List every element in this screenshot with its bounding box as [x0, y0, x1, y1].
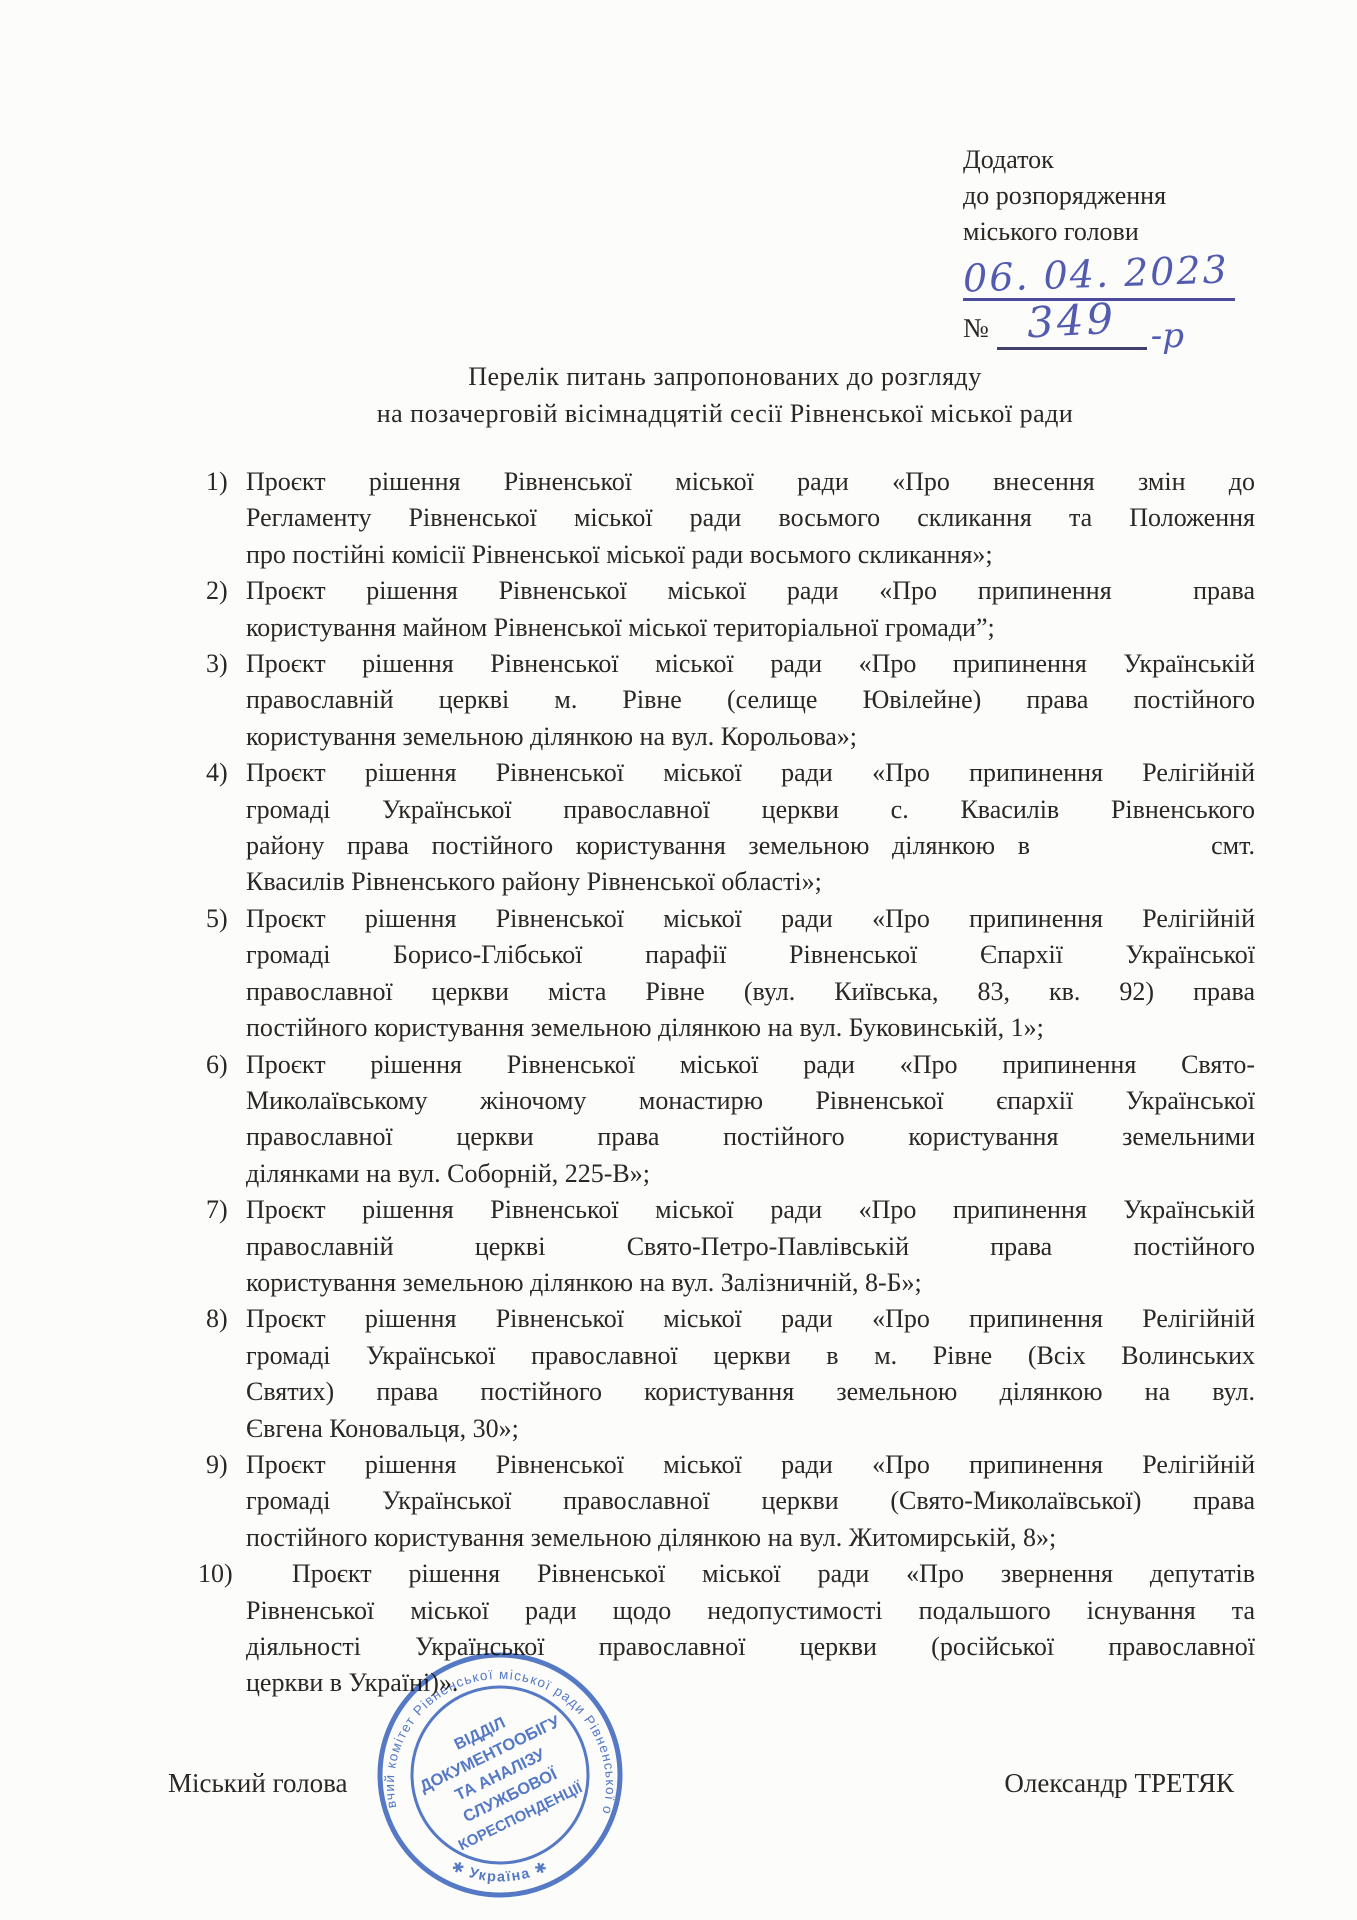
list-item-line: громаді Української православної церкви …	[246, 1338, 1255, 1374]
list-item-line: користування майном Рівненської міської …	[246, 610, 1255, 646]
header-line: Додаток	[963, 142, 1293, 178]
list-item-line: Проєкт рішення Рівненської міської ради …	[246, 901, 1255, 937]
list-item-line: постійного користування земельною ділянк…	[246, 1520, 1255, 1556]
list-item-number: 2)	[206, 573, 228, 609]
date-value: 06. 04. 2023	[962, 251, 1229, 296]
list-item-line: православній церкві Свято-Петро-Павлівсь…	[246, 1229, 1255, 1265]
signature-row: Міський голова Олександр ТРЕТЯК	[168, 1768, 1234, 1799]
signature-name: Олександр ТРЕТЯК	[1004, 1768, 1234, 1799]
list-item-line: Проєкт рішення Рівненської міської ради …	[246, 646, 1255, 682]
list-item-line: православної церкви міста Рівне (вул. Ки…	[246, 974, 1255, 1010]
list-item-number: 10)	[198, 1556, 233, 1592]
list-item: 6)Проєкт рішення Рівненської міської рад…	[206, 1047, 1255, 1193]
list-item-line: Проєкт рішення Рівненської міської ради …	[246, 1192, 1255, 1228]
list-item-number: 3)	[206, 646, 228, 682]
list-item-line: користування земельною ділянкою на вул. …	[246, 719, 1255, 755]
list-item-line: громаді Української православної церкви …	[246, 1483, 1255, 1519]
number-underline: 349	[997, 305, 1147, 350]
list-item-line: користування земельною ділянкою на вул. …	[246, 1265, 1255, 1301]
list-item: 1)Проєкт рішення Рівненської міської рад…	[206, 464, 1255, 573]
list-item-line: постійного користування земельною ділянк…	[246, 1010, 1255, 1046]
list-item-line: православної церкви права постійного кор…	[246, 1119, 1255, 1155]
list-item-line: ділянками на вул. Соборній, 225-В»;	[246, 1156, 1255, 1192]
agenda-list: 1)Проєкт рішення Рівненської міської рад…	[206, 464, 1255, 1702]
list-item-line: Проєкт рішення Рівненської міської ради …	[246, 1301, 1255, 1337]
document-page: Додаток до розпорядження міського голови…	[0, 0, 1357, 1920]
signature-position: Міський голова	[168, 1768, 347, 1799]
number-suffix: -р	[1151, 318, 1184, 354]
number-sign: №	[963, 313, 989, 343]
list-item-line: Квасилів Рівненського району Рівненської…	[246, 864, 1255, 900]
official-stamp: Виконавчий комітет Рівненської міської р…	[375, 1650, 625, 1900]
list-item: 2)Проєкт рішення Рівненської міської рад…	[206, 573, 1255, 646]
list-item-line: Проєкт рішення Рівненської міської ради …	[246, 1047, 1255, 1083]
appendix-header: Додаток до розпорядження міського голови…	[963, 142, 1293, 350]
document-number: №349-р	[963, 305, 1293, 350]
list-item: 3)Проєкт рішення Рівненської міської рад…	[206, 646, 1255, 755]
header-line: міського голови	[963, 214, 1293, 250]
list-item: 4)Проєкт рішення Рівненської міської рад…	[206, 755, 1255, 901]
header-line: до розпорядження	[963, 178, 1293, 214]
list-item-number: 8)	[206, 1301, 228, 1337]
list-item-line: району права постійного користування зем…	[246, 828, 1255, 864]
list-item-line: Проєкт рішення Рівненської міської ради …	[246, 573, 1255, 609]
list-item-line: про постійні комісії Рівненської міської…	[246, 537, 1255, 573]
list-item-line: православній церкві м. Рівне (селище Юві…	[246, 682, 1255, 718]
list-item-number: 4)	[206, 755, 228, 791]
list-item-line: громаді Борисо-Глібської парафії Рівненс…	[246, 937, 1255, 973]
list-item-number: 5)	[206, 901, 228, 937]
list-item: 7)Проєкт рішення Рівненської міської рад…	[206, 1192, 1255, 1301]
list-item-line: Святих) права постійного користування зе…	[246, 1374, 1255, 1410]
list-item-line: Проєкт рішення Рівненської міської ради …	[246, 464, 1255, 500]
list-item-line: Проєкт рішення Рівненської міської ради …	[246, 755, 1255, 791]
list-item-line: Проєкт рішення Рівненської міської ради …	[246, 1447, 1255, 1483]
list-item: 5)Проєкт рішення Рівненської міської рад…	[206, 901, 1255, 1047]
list-item-line: Рівненської міської ради щодо недопустим…	[246, 1593, 1255, 1629]
list-item-line: Проєкт рішення Рівненської міської ради …	[246, 1556, 1255, 1592]
list-item-number: 9)	[206, 1447, 228, 1483]
list-item: 10)Проєкт рішення Рівненської міської ра…	[206, 1556, 1255, 1702]
title-line-1: Перелік питань запропонованих до розгляд…	[150, 358, 1300, 395]
list-item-line: Миколаївському жіночому монастирю Рівнен…	[246, 1083, 1255, 1119]
list-item-number: 7)	[206, 1192, 228, 1228]
title-line-2: на позачерговій вісімнадцятій сесії Рівн…	[150, 395, 1300, 432]
number-value: 349	[1026, 301, 1117, 342]
list-item-line: громаді Української православної церкви …	[246, 792, 1255, 828]
list-item-number: 6)	[206, 1047, 228, 1083]
list-item: 8)Проєкт рішення Рівненської міської рад…	[206, 1301, 1255, 1447]
list-item-line: Регламенту Рівненської міської ради вось…	[246, 500, 1255, 536]
list-item-number: 1)	[206, 464, 228, 500]
list-item: 9)Проєкт рішення Рівненської міської рад…	[206, 1447, 1255, 1556]
list-item-line: Євгена Коновальця, 30»;	[246, 1411, 1255, 1447]
page-title: Перелік питань запропонованих до розгляд…	[150, 358, 1300, 432]
